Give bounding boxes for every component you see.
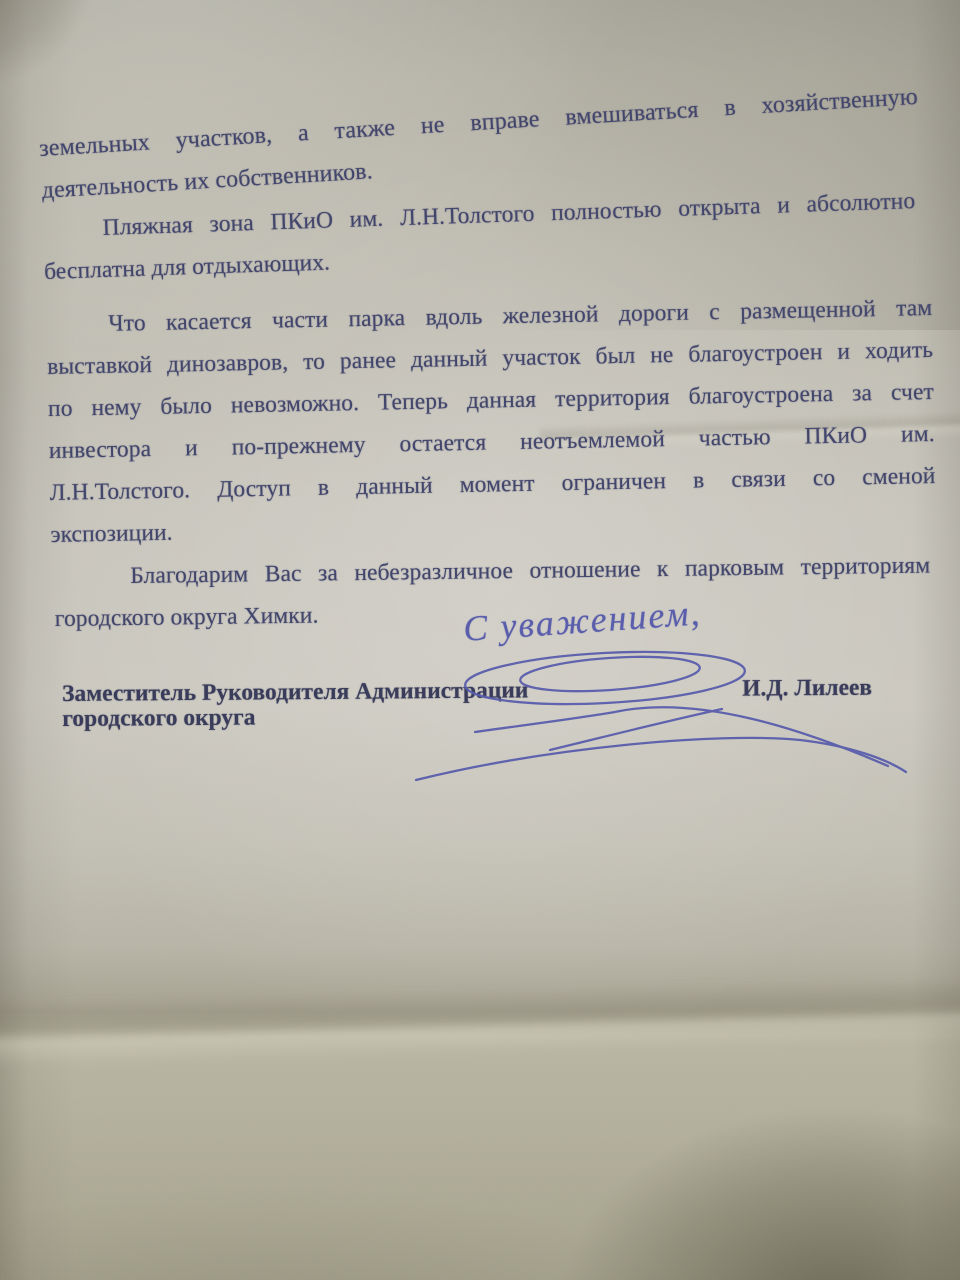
signature-scribble [400,610,920,790]
letter-photo: земельных участков, а также не вправе вм… [0,0,960,1280]
signature-ink-strokes [416,646,906,780]
signature-underline-sweep [416,738,906,780]
signature-loop-outer [464,646,746,711]
paper-fold-crease [0,975,960,1067]
paragraph-dinosaur-exhibit: Что касается части парка вдоль железной … [46,287,937,556]
